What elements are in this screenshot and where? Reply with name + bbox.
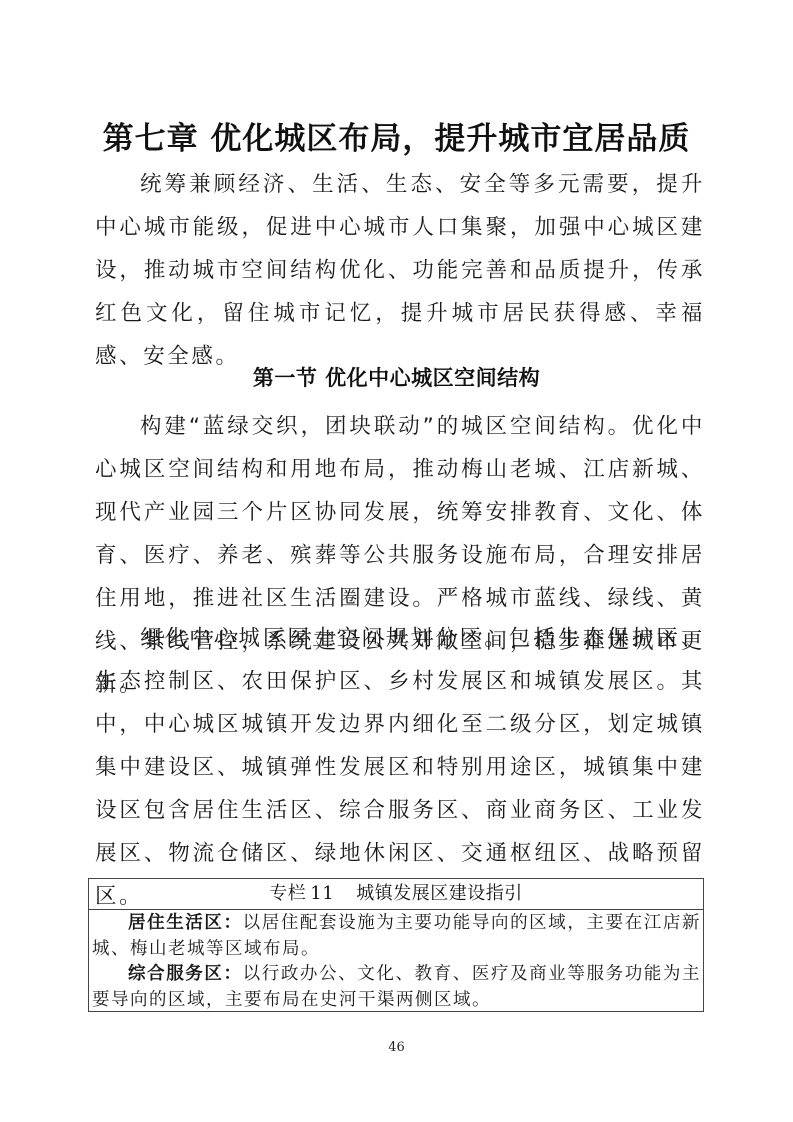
info-box-item-term: 综合服务区：	[128, 964, 243, 984]
info-box-item-term: 居住生活区：	[128, 913, 243, 933]
info-box-number: 11	[310, 883, 334, 904]
info-box-label: 专栏	[269, 883, 306, 904]
info-box-title: 城镇发展区建设指引	[356, 883, 523, 904]
info-box-item: 综合服务区：以行政办公、文化、教育、医疗及商业等服务功能为主要导向的区域，主要布…	[92, 962, 701, 1013]
section-title: 第一节 优化中心城区空间结构	[0, 360, 793, 396]
page-number: 46	[0, 1040, 793, 1055]
chapter-title: 第七章 优化城区布局，提升城市宜居品质	[0, 117, 793, 161]
section-paragraph: 细化中心城区国土空间规划分区。包括生态保护区、生态控制区、农田保护区、乡村发展区…	[95, 617, 705, 918]
document-page: 第七章 优化城区布局，提升城市宜居品质 统筹兼顾经济、生活、生态、安全等多元需要…	[0, 0, 793, 1122]
info-box-header: 专栏11城镇发展区建设指引	[89, 879, 703, 910]
info-box-column: 专栏11城镇发展区建设指引 居住生活区：以居住配套设施为主要功能导向的区域，主要…	[88, 878, 704, 1012]
info-box-body: 居住生活区：以居住配套设施为主要功能导向的区域，主要在江店新城、梅山老城等区域布…	[89, 910, 703, 1013]
info-box-item: 居住生活区：以居住配套设施为主要功能导向的区域，主要在江店新城、梅山老城等区域布…	[92, 911, 701, 962]
chapter-intro-paragraph: 统筹兼顾经济、生活、生态、安全等多元需要，提升中心城市能级，促进中心城市人口集聚…	[95, 163, 705, 378]
